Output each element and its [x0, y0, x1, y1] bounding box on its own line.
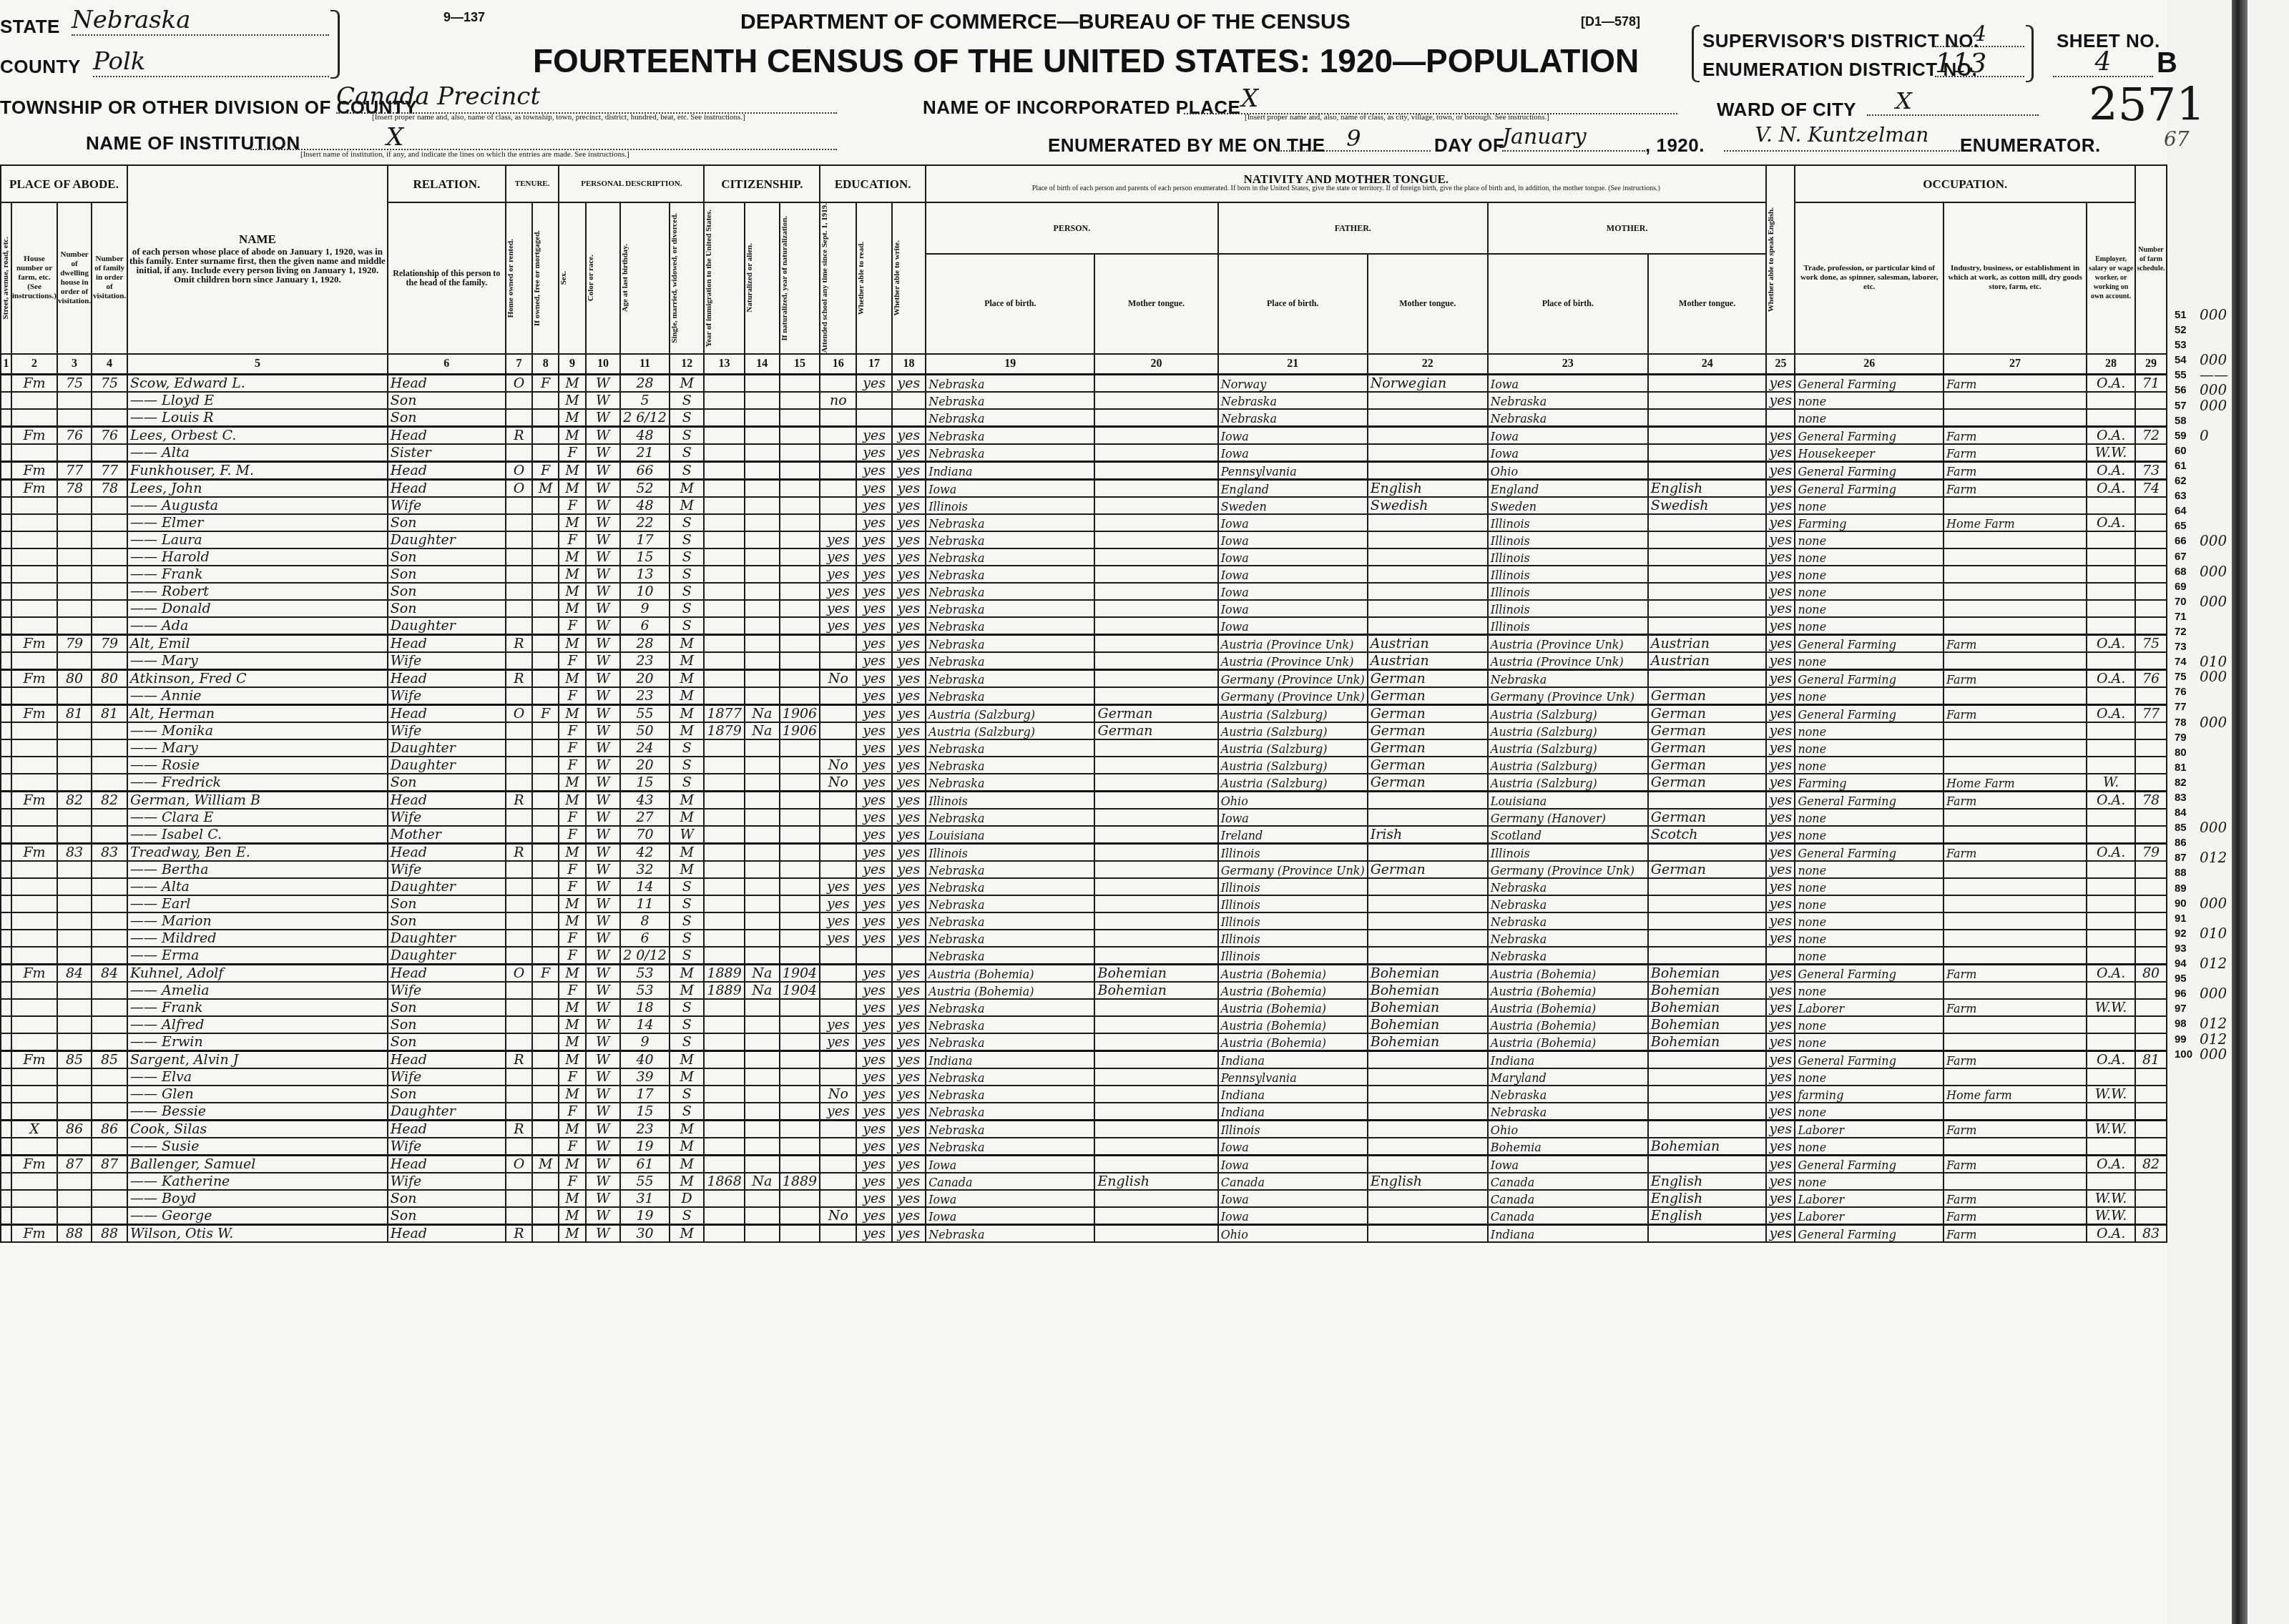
cell-name: —— Katherine	[127, 1173, 388, 1190]
cell-fpob: Illinois	[1218, 947, 1368, 965]
cell-industry	[1944, 878, 2087, 895]
cell-write: yes	[892, 1016, 926, 1033]
cell-sex: M	[559, 669, 585, 687]
cell-english: yes	[1766, 1138, 1795, 1156]
cell-race: W	[586, 704, 621, 722]
cell-race: W	[586, 982, 621, 999]
cell-owned	[532, 392, 559, 409]
cell-owned	[532, 843, 559, 861]
column-number: 17	[856, 354, 891, 375]
cell-age: 31	[620, 1190, 670, 1207]
cell-relation: Son	[388, 514, 506, 531]
cell-house	[11, 497, 57, 514]
cell-name: Alt, Herman	[127, 704, 388, 722]
cell-tongue	[1094, 583, 1217, 600]
cell-nat	[745, 878, 780, 895]
cell-natyr: 1889	[780, 1173, 820, 1190]
cell-house	[11, 531, 57, 548]
cell-farm: 72	[2135, 426, 2167, 444]
cell-age: 19	[620, 1207, 670, 1225]
street-cell	[1, 1190, 11, 1207]
cell-ftongue: German	[1368, 739, 1488, 757]
cell-marital: S	[670, 1033, 705, 1051]
cell-ftongue: Bohemian	[1368, 999, 1488, 1016]
cell-imm	[704, 1050, 744, 1068]
cell-pob: Nebraska	[926, 739, 1094, 757]
cell-dwelling	[57, 600, 92, 617]
cell-write: yes	[892, 1068, 926, 1086]
cell-owned	[532, 514, 559, 531]
cell-mpob: Indiana	[1488, 1050, 1648, 1068]
cell-read: yes	[856, 861, 891, 878]
cell-write: yes	[892, 617, 926, 635]
cell-imm	[704, 861, 744, 878]
cell-mpob: Austria (Province Unk)	[1488, 634, 1648, 652]
cell-tongue: English	[1094, 1173, 1217, 1190]
cell-sex: M	[559, 1155, 585, 1173]
cell-name: Scow, Edward L.	[127, 374, 388, 392]
cell-fpob: Pennsylvania	[1218, 461, 1368, 479]
cell-tongue	[1094, 374, 1217, 392]
cell-tongue	[1094, 1138, 1217, 1156]
cell-family	[92, 392, 127, 409]
cell-relation: Daughter	[388, 947, 506, 965]
table-row: —— BoydSonMW31DyesyesIowaIowaCanadaEngli…	[1, 1190, 2167, 1207]
cell-school: yes	[820, 566, 856, 583]
cell-tongue	[1094, 566, 1217, 583]
cell-owned	[532, 497, 559, 514]
cell-english: yes	[1766, 999, 1795, 1016]
cell-marital: M	[670, 479, 705, 497]
cell-industry	[1944, 1138, 2087, 1156]
cell-english: yes	[1766, 1033, 1795, 1051]
street-cell	[1, 1103, 11, 1121]
cell-name: —— Monika	[127, 722, 388, 739]
col-26-header: Trade, profession, or particular kind of…	[1795, 202, 1944, 354]
cell-dwelling	[57, 1173, 92, 1190]
cell-age: 70	[620, 826, 670, 844]
cell-owned	[532, 1138, 559, 1156]
cell-sex: M	[559, 566, 585, 583]
cell-sex: M	[559, 1016, 585, 1033]
cell-owned	[532, 739, 559, 757]
cell-race: W	[586, 1138, 621, 1156]
cell-race: W	[586, 1016, 621, 1033]
cell-class	[2087, 531, 2135, 548]
cell-pob: Indiana	[926, 461, 1094, 479]
street-cell	[1, 1173, 11, 1190]
cell-mtongue: German	[1648, 687, 1767, 705]
cell-dwelling: 86	[57, 1120, 92, 1138]
cell-class	[2087, 1138, 2135, 1156]
cell-farm	[2135, 600, 2167, 617]
cell-owned: F	[532, 704, 559, 722]
cell-house	[11, 1103, 57, 1121]
cell-house: Fm	[11, 479, 57, 497]
table-row: —— ErwinSonMW9SyesyesyesNebraskaAustria …	[1, 1033, 2167, 1051]
cell-mtongue: Bohemian	[1648, 1033, 1767, 1051]
cell-write: yes	[892, 479, 926, 497]
cell-school	[820, 1120, 856, 1138]
person-header: PERSON.	[926, 202, 1218, 254]
cell-marital: S	[670, 999, 705, 1016]
cell-school	[820, 514, 856, 531]
cell-fpob: England	[1218, 479, 1368, 497]
cell-mtongue: German	[1648, 722, 1767, 739]
cell-class: W.W.	[2087, 444, 2135, 462]
cell-natyr	[780, 669, 820, 687]
cell-race: W	[586, 826, 621, 844]
cell-pob: Nebraska	[926, 392, 1094, 409]
col-25-desc: Whether able to speak English.	[1767, 207, 1776, 312]
cell-read: yes	[856, 982, 891, 999]
cell-mpob: Scotland	[1488, 826, 1648, 844]
group-place-of-abode: PLACE OF ABODE.	[1, 165, 127, 202]
cell-write: yes	[892, 722, 926, 739]
cell-ftongue	[1368, 1068, 1488, 1086]
cell-mtongue: Swedish	[1648, 497, 1767, 514]
year-text: , 1920.	[1645, 134, 1705, 157]
cell-english: yes	[1766, 704, 1795, 722]
cell-read: yes	[856, 1224, 891, 1242]
cell-english: yes	[1766, 791, 1795, 809]
column-number: 3	[57, 354, 92, 375]
table-row: Fm7777Funkhouser, F. M.HeadOFMW66Syesyes…	[1, 461, 2167, 479]
line-number: 60	[2175, 443, 2203, 458]
cell-pob: Nebraska	[926, 1103, 1094, 1121]
cell-house	[11, 947, 57, 965]
cell-industry	[1944, 982, 2087, 999]
cell-english: yes	[1766, 566, 1795, 583]
cell-sex: F	[559, 687, 585, 705]
cell-owned	[532, 878, 559, 895]
cell-nat	[745, 1033, 780, 1051]
table-row: —— Clara EWifeFW27MyesyesNebraskaIowaGer…	[1, 809, 2167, 826]
cell-industry	[1944, 583, 2087, 600]
table-row: —— EarlSonMW11SyesyesyesNebraskaIllinois…	[1, 895, 2167, 912]
line-number: 66	[2175, 533, 2203, 548]
line-number: 91	[2175, 911, 2203, 926]
cell-ftongue	[1368, 1138, 1488, 1156]
cell-industry: Farm	[1944, 1224, 2087, 1242]
cell-house	[11, 982, 57, 999]
census-title: FOURTEENTH CENSUS OF THE UNITED STATES: …	[533, 41, 1639, 80]
cell-english: yes	[1766, 426, 1795, 444]
cell-home: R	[506, 634, 532, 652]
line-number: 57	[2175, 398, 2203, 413]
cell-trade: Laborer	[1795, 1207, 1944, 1225]
cell-fpob: Austria (Salzburg)	[1218, 704, 1368, 722]
cell-owned	[532, 531, 559, 548]
cell-industry	[1944, 1033, 2087, 1051]
cell-mtongue: English	[1648, 1190, 1767, 1207]
line-number: 70	[2175, 594, 2203, 609]
cell-nat	[745, 531, 780, 548]
line-number: 79	[2175, 730, 2203, 745]
cell-mtongue	[1648, 1103, 1767, 1121]
cell-write: yes	[892, 861, 926, 878]
column-number: 14	[745, 354, 780, 375]
cell-name: Sargent, Alvin J	[127, 1050, 388, 1068]
street-cell	[1, 722, 11, 739]
cell-trade: General Farming	[1795, 1155, 1944, 1173]
cell-pob: Nebraska	[926, 1138, 1094, 1156]
stamp-number: 2571	[2089, 79, 2205, 132]
cell-write: yes	[892, 1120, 926, 1138]
cell-tongue	[1094, 634, 1217, 652]
cell-family: 83	[92, 843, 127, 861]
cell-relation: Wife	[388, 497, 506, 514]
cell-mtongue	[1648, 426, 1767, 444]
cell-write: yes	[892, 1224, 926, 1242]
cell-home	[506, 652, 532, 670]
cell-farm: 77	[2135, 704, 2167, 722]
cell-mtongue	[1648, 566, 1767, 583]
cell-mpob: Austria (Bohemia)	[1488, 1016, 1648, 1033]
cell-nat	[745, 374, 780, 392]
cell-class	[2087, 1173, 2135, 1190]
cell-ftongue	[1368, 1120, 1488, 1138]
cell-read: yes	[856, 514, 891, 531]
cell-pob: Nebraska	[926, 947, 1094, 965]
street-cell	[1, 861, 11, 878]
cell-read	[856, 947, 891, 965]
enumerator-name: V. N. Kuntzelman	[1724, 123, 1960, 152]
cell-ftongue	[1368, 1155, 1488, 1173]
cell-home	[506, 531, 532, 548]
cell-family: 85	[92, 1050, 127, 1068]
cell-owned	[532, 687, 559, 705]
street-cell	[1, 826, 11, 844]
cell-mtongue: English	[1648, 1207, 1767, 1225]
cell-mpob: Nebraska	[1488, 409, 1648, 427]
cell-race: W	[586, 374, 621, 392]
cell-imm	[704, 392, 744, 409]
cell-mtongue: Austrian	[1648, 634, 1767, 652]
cell-fpob: Illinois	[1218, 930, 1368, 947]
line-number: 83	[2175, 790, 2203, 805]
cell-sex: F	[559, 722, 585, 739]
cell-mtongue	[1648, 409, 1767, 427]
group-tenure: TENURE.	[506, 165, 559, 202]
cell-home	[506, 392, 532, 409]
cell-ftongue	[1368, 426, 1488, 444]
cell-marital: M	[670, 843, 705, 861]
cell-name: Wilson, Otis W.	[127, 1224, 388, 1242]
cell-name: Ballenger, Samuel	[127, 1155, 388, 1173]
cell-natyr	[780, 409, 820, 427]
cell-name: German, William B	[127, 791, 388, 809]
cell-house: Fm	[11, 374, 57, 392]
cell-write: yes	[892, 912, 926, 930]
cell-mpob: Germany (Hanover)	[1488, 809, 1648, 826]
cell-english: yes	[1766, 912, 1795, 930]
cell-dwelling	[57, 1190, 92, 1207]
column-number: 11	[620, 354, 670, 375]
cell-write: yes	[892, 566, 926, 583]
cell-tongue	[1094, 1120, 1217, 1138]
cell-mtongue: German	[1648, 774, 1767, 792]
cell-imm	[704, 1190, 744, 1207]
cell-name: —— Louis R	[127, 409, 388, 427]
cell-trade: none	[1795, 1173, 1944, 1190]
cell-name: —— Donald	[127, 600, 388, 617]
cell-name: —— Erwin	[127, 1033, 388, 1051]
cell-race: W	[586, 843, 621, 861]
cell-imm	[704, 1086, 744, 1103]
cell-dwelling	[57, 826, 92, 844]
state-label: STATE	[0, 16, 60, 38]
cell-read: yes	[856, 461, 891, 479]
cell-write: yes	[892, 600, 926, 617]
cell-english: yes	[1766, 1103, 1795, 1121]
cell-nat	[745, 1086, 780, 1103]
cell-trade: none	[1795, 1016, 1944, 1033]
cell-mtongue	[1648, 1050, 1767, 1068]
cell-family: 81	[92, 704, 127, 722]
cell-ftongue	[1368, 791, 1488, 809]
cell-name: —— Elva	[127, 1068, 388, 1086]
cell-school: yes	[820, 1016, 856, 1033]
cell-farm	[2135, 757, 2167, 774]
cell-home	[506, 878, 532, 895]
cell-owned	[532, 1033, 559, 1051]
column-number: 20	[1094, 354, 1217, 375]
cell-tongue	[1094, 826, 1217, 844]
cell-class: O.A.	[2087, 514, 2135, 531]
cell-dwelling	[57, 566, 92, 583]
cell-class	[2087, 895, 2135, 912]
cell-age: 53	[620, 982, 670, 999]
cell-farm: 80	[2135, 964, 2167, 982]
cell-natyr	[780, 426, 820, 444]
cell-tongue	[1094, 1190, 1217, 1207]
cell-race: W	[586, 739, 621, 757]
cell-nat	[745, 912, 780, 930]
column-number: 23	[1488, 354, 1648, 375]
cell-nat	[745, 669, 780, 687]
cell-pob: Nebraska	[926, 548, 1094, 566]
cell-name: —— Elmer	[127, 514, 388, 531]
cell-race: W	[586, 861, 621, 878]
cell-age: 5	[620, 392, 670, 409]
cell-house	[11, 392, 57, 409]
cell-home	[506, 1016, 532, 1033]
cell-imm	[704, 1103, 744, 1121]
cell-tongue	[1094, 514, 1217, 531]
table-row: —— GlenSonMW17SNoyesyesNebraskaIndianaNe…	[1, 1086, 2167, 1103]
cell-owned	[532, 982, 559, 999]
cell-ftongue	[1368, 843, 1488, 861]
line-number: 98	[2175, 1016, 2203, 1031]
cell-family	[92, 1016, 127, 1033]
cell-farm	[2135, 1138, 2167, 1156]
cell-relation: Son	[388, 566, 506, 583]
cell-name: —— Glen	[127, 1086, 388, 1103]
cell-relation: Head	[388, 1050, 506, 1068]
cell-dwelling	[57, 548, 92, 566]
line-number: 78	[2175, 715, 2203, 730]
cell-relation: Son	[388, 774, 506, 792]
cell-imm	[704, 1120, 744, 1138]
cell-class	[2087, 1068, 2135, 1086]
cell-home	[506, 774, 532, 792]
line-number: 93	[2175, 941, 2203, 956]
cell-school	[820, 652, 856, 670]
cell-pob: Austria (Bohemia)	[926, 982, 1094, 999]
cell-class	[2087, 617, 2135, 635]
cell-natyr	[780, 1207, 820, 1225]
col-18-header: Whether able to write.	[892, 202, 926, 354]
cell-class: O.A.	[2087, 461, 2135, 479]
cell-dwelling	[57, 514, 92, 531]
cell-age: 48	[620, 426, 670, 444]
cell-home	[506, 982, 532, 999]
cell-fpob: Sweden	[1218, 497, 1368, 514]
cell-race: W	[586, 426, 621, 444]
cell-owned	[532, 409, 559, 427]
cell-industry	[1944, 687, 2087, 705]
column-number-row: 1234567891011121314151617181920212223242…	[1, 354, 2167, 375]
cell-name: —— Alta	[127, 878, 388, 895]
cell-school: yes	[820, 600, 856, 617]
line-number: 53	[2175, 338, 2203, 353]
col-1-desc: Street, avenue, road, etc.	[1, 237, 11, 319]
cell-mpob: Germany (Province Unk)	[1488, 687, 1648, 705]
cell-farm	[2135, 566, 2167, 583]
cell-race: W	[586, 774, 621, 792]
cell-home: O	[506, 1155, 532, 1173]
cell-imm	[704, 548, 744, 566]
table-row: —— BerthaWifeFW32MyesyesNebraskaGermany …	[1, 861, 2167, 878]
cell-ftongue	[1368, 1224, 1488, 1242]
cell-family	[92, 531, 127, 548]
cell-pob: Indiana	[926, 1050, 1094, 1068]
column-number: 16	[820, 354, 856, 375]
cell-farm	[2135, 722, 2167, 739]
cell-fpob: Germany (Province Unk)	[1218, 861, 1368, 878]
cell-family	[92, 878, 127, 895]
cell-marital: M	[670, 722, 705, 739]
cell-house	[11, 878, 57, 895]
cell-natyr	[780, 1103, 820, 1121]
table-row: Fm7575Scow, Edward L.HeadOFMW28MyesyesNe…	[1, 374, 2167, 392]
cell-industry	[1944, 531, 2087, 548]
cell-family	[92, 774, 127, 792]
cell-class: O.A.	[2087, 669, 2135, 687]
supervisor-district: 4	[1935, 21, 2024, 47]
cell-trade: none	[1795, 947, 1944, 965]
cell-ftongue: German	[1368, 861, 1488, 878]
cell-fpob: Ohio	[1218, 791, 1368, 809]
street-cell	[1, 757, 11, 774]
cell-owned	[532, 1103, 559, 1121]
table-row: Fm8484Kuhnel, AdolfHeadOFMW53M1889Na1904…	[1, 964, 2167, 982]
cell-mpob: Illinois	[1488, 514, 1648, 531]
cell-read: yes	[856, 426, 891, 444]
cell-mpob: Nebraska	[1488, 895, 1648, 912]
cell-nat	[745, 1190, 780, 1207]
cell-english: yes	[1766, 861, 1795, 878]
cell-race: W	[586, 999, 621, 1016]
cell-dwelling: 75	[57, 374, 92, 392]
cell-name: —— Amelia	[127, 982, 388, 999]
street-cell	[1, 878, 11, 895]
cell-imm	[704, 791, 744, 809]
cell-age: 48	[620, 497, 670, 514]
cell-tongue	[1094, 739, 1217, 757]
cell-age: 53	[620, 964, 670, 982]
